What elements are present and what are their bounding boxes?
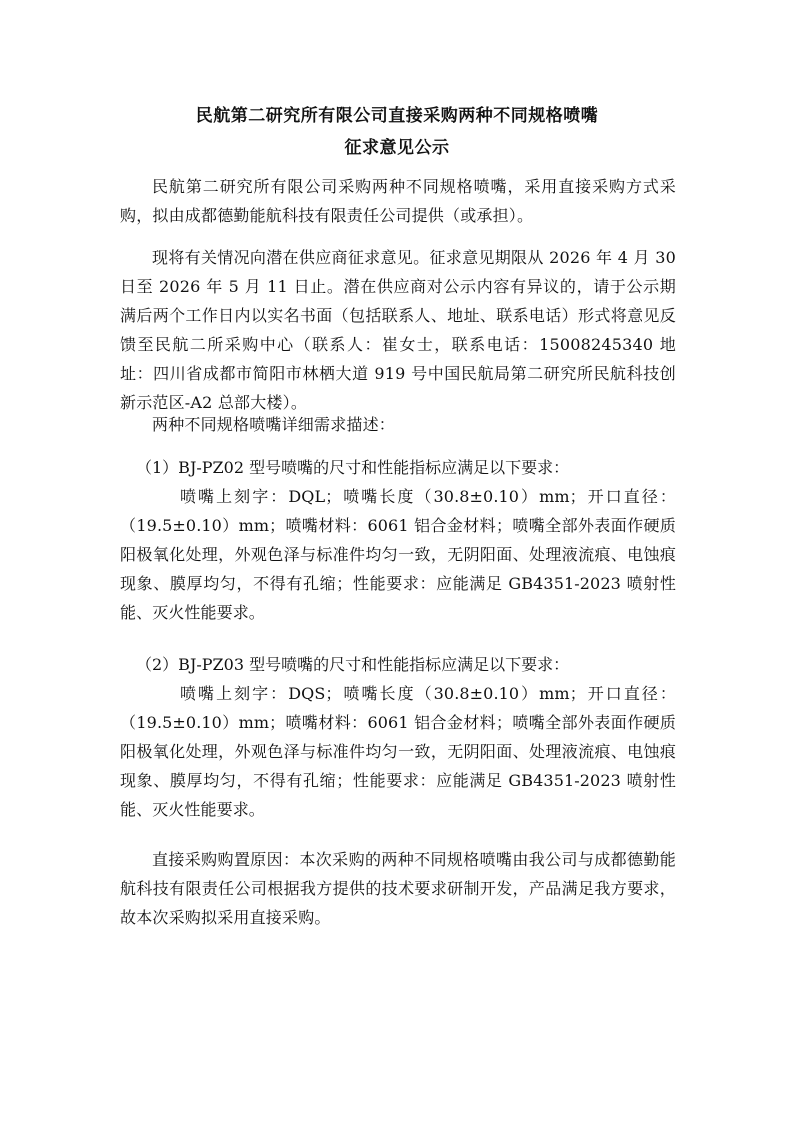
intro-paragraph: 民航第二研究所有限公司采购两种不同规格喷嘴，采用直接采购方式采购，拟由成都德勤能… (120, 172, 676, 230)
document-subtitle: 征求意见公示 (0, 133, 794, 158)
item-1-heading: （1）BJ-PZ02 型号喷嘴的尺寸和性能指标应满足以下要求： (136, 453, 569, 482)
notice-paragraph: 现将有关情况向潜在供应商征求意见。征求意见期限从 2026 年 4 月 30 日… (120, 243, 676, 417)
item-2-spec: 喷嘴上刻字：DQS；喷嘴长度（30.8±0.10）mm；开口直径：（19.5±0… (120, 679, 676, 824)
item-1-spec: 喷嘴上刻字：DQL；喷嘴长度（30.8±0.10）mm；开口直径：（19.5±0… (120, 482, 676, 627)
reason-paragraph: 直接采购购置原因：本次采购的两种不同规格喷嘴由我公司与成都德勤能航科技有限责任公… (120, 845, 676, 932)
item-2-heading: （2）BJ-PZ03 型号喷嘴的尺寸和性能指标应满足以下要求： (136, 650, 569, 679)
document-title: 民航第二研究所有限公司直接采购两种不同规格喷嘴 (0, 101, 794, 126)
document-page: 民航第二研究所有限公司直接采购两种不同规格喷嘴 征求意见公示 民航第二研究所有限… (0, 0, 794, 1123)
requirements-heading: 两种不同规格喷嘴详细需求描述： (120, 410, 676, 439)
